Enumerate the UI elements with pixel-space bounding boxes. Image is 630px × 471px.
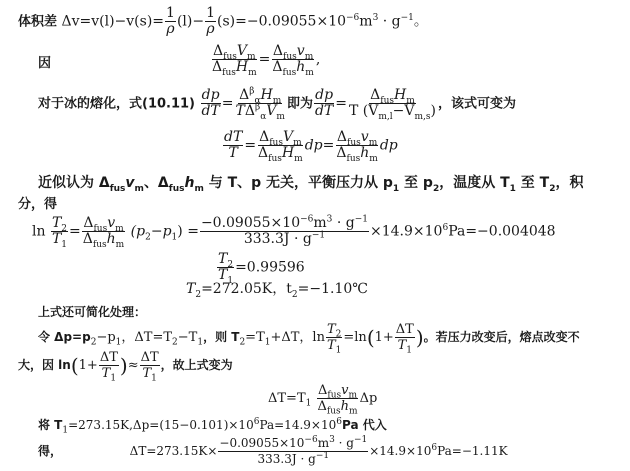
t: 大，因 ln bbox=[18, 358, 71, 372]
t: fus bbox=[222, 68, 236, 78]
t: 近似认为 Δ bbox=[38, 175, 110, 191]
t: −V bbox=[393, 103, 415, 119]
t: Pa=14.9×10 bbox=[259, 418, 336, 432]
expr: Δv=v(l)−v(s)= bbox=[61, 14, 164, 30]
t: ，积 bbox=[556, 175, 584, 191]
fraction: ΔβαHm TΔβαVm bbox=[235, 88, 286, 119]
t: ΔT=T bbox=[268, 391, 306, 406]
t: 令 Δp=p bbox=[38, 330, 91, 344]
t: m bbox=[305, 68, 314, 78]
t: dp bbox=[305, 138, 323, 154]
t: T (V bbox=[349, 103, 378, 119]
t: V bbox=[237, 43, 247, 59]
fraction: dpdT bbox=[314, 88, 334, 119]
label-because: 因 bbox=[38, 55, 51, 73]
t: Δ bbox=[273, 43, 283, 59]
t: T bbox=[186, 281, 195, 297]
t: =ln bbox=[343, 330, 366, 345]
t: ，则 T bbox=[203, 330, 239, 344]
den: TΔβαVm bbox=[235, 104, 286, 119]
num: 1 bbox=[165, 6, 176, 22]
t: =T bbox=[245, 330, 265, 345]
fraction: 1ρ bbox=[165, 6, 176, 37]
transformed-equation: dTT=ΔfusVmΔfusHmdp=ΔfusvmΔfushmdp bbox=[222, 130, 398, 161]
fraction: T2T1 bbox=[217, 252, 234, 283]
t: −1 bbox=[312, 230, 325, 240]
unit: · g bbox=[378, 14, 400, 30]
fraction: ΔfusVm ΔfusHm bbox=[211, 44, 258, 75]
t: ×14.9×10 bbox=[370, 224, 442, 240]
t: =272.05K，t bbox=[201, 281, 292, 297]
t: v bbox=[297, 43, 305, 59]
t: m bbox=[313, 215, 326, 231]
t: −0.09055×10 bbox=[201, 215, 300, 231]
t: ，ΔT=T bbox=[121, 330, 172, 345]
integrated-equation: ln T2T1=ΔfusvmΔfushm (p2−p1) = −0.09055×… bbox=[32, 216, 556, 247]
t: +ΔT，ln bbox=[270, 330, 324, 345]
ratio-equation: ΔfusVm ΔfusHm = Δfusvm Δfushm , bbox=[210, 44, 320, 75]
t: −p bbox=[96, 330, 115, 345]
t: −6 bbox=[304, 435, 317, 445]
t: −1 bbox=[354, 435, 367, 445]
simplify-heading: 上式还可简化处理： bbox=[38, 303, 146, 321]
temperature-result: T2=272.05K，t2=−1.10℃ bbox=[186, 280, 368, 298]
fraction: −0.09055×10−6m3 · g−1 333.3J · g−1 bbox=[218, 436, 368, 467]
fraction: −0.09055×10−6m3 · g−1 333.3J · g−1 bbox=[200, 216, 369, 247]
t: m bbox=[318, 436, 329, 450]
punct: 。 bbox=[414, 14, 428, 30]
t: =273.15K,Δp=(15−0.101)×10 bbox=[68, 418, 254, 432]
t: 333.3J · g bbox=[258, 452, 316, 466]
t: Pa=−0.004048 bbox=[448, 224, 555, 240]
t: Pa 代入 bbox=[342, 418, 387, 432]
t: m,s bbox=[415, 112, 431, 122]
t: Δ bbox=[213, 43, 223, 59]
den: T bbox=[227, 146, 238, 161]
fraction: ΔfusVmΔfusHm bbox=[257, 130, 304, 161]
t: 与 T、p 无关，平衡压力从 p bbox=[204, 175, 393, 191]
exponent: −1 bbox=[401, 13, 414, 23]
t: 、Δ bbox=[144, 175, 169, 191]
unit: m bbox=[359, 14, 372, 30]
num: dT bbox=[223, 130, 243, 146]
t: ) bbox=[431, 103, 436, 119]
fraction: T2T1 bbox=[326, 322, 342, 353]
fraction: ΔTT1 bbox=[140, 350, 160, 381]
t: Δp bbox=[360, 391, 378, 406]
t: Δ bbox=[272, 59, 282, 75]
fraction: ΔfusvmΔfushm bbox=[335, 130, 378, 161]
ratio-result: T2T1=0.99596 bbox=[216, 252, 305, 283]
clapeyron-line: 对于冰的熔化，式(10.11) dpdT= ΔβαHm TΔβαVm 即为dpd… bbox=[38, 88, 516, 119]
t: 将 T bbox=[38, 418, 62, 432]
t: −1 bbox=[316, 451, 329, 461]
den: ΔfusHm bbox=[211, 60, 258, 75]
t: 得， bbox=[38, 444, 62, 458]
approximation-line: 近似认为 Δfusvm、Δfushm 与 T、p 无关，平衡压力从 p1 至 p… bbox=[38, 174, 584, 192]
num: ΔfusVm bbox=[212, 44, 257, 60]
t: fus bbox=[283, 68, 297, 78]
label: 对于冰的熔化，式(10.11) bbox=[38, 97, 195, 112]
num: ΔT bbox=[395, 322, 415, 338]
t: ΔT=273.15K× bbox=[130, 444, 218, 458]
integrate-label: 分，得 bbox=[18, 196, 57, 214]
t: m bbox=[248, 68, 257, 78]
t: · g bbox=[332, 215, 354, 231]
fraction: ΔTT1 bbox=[395, 322, 415, 353]
t: m,l bbox=[378, 112, 392, 122]
fraction: dTT bbox=[223, 130, 243, 161]
fraction: ΔTT1 bbox=[99, 350, 119, 381]
t: =−1.10℃ bbox=[298, 281, 368, 297]
num: ΔfusHm bbox=[369, 88, 416, 104]
expr: (l)− bbox=[177, 14, 204, 30]
t: ) bbox=[177, 224, 182, 240]
t: H bbox=[236, 59, 248, 75]
den: dT bbox=[200, 104, 220, 119]
num: 1 bbox=[205, 6, 216, 22]
t: ≈ bbox=[128, 358, 139, 373]
t: ，故上式变为 bbox=[161, 358, 233, 372]
t: ln bbox=[32, 224, 46, 240]
label: 即为 bbox=[287, 97, 313, 112]
label: ，该式可变为 bbox=[438, 97, 516, 112]
t: , bbox=[316, 52, 320, 68]
num: dp bbox=[201, 88, 221, 104]
t: 至 T bbox=[516, 175, 549, 191]
den: dT bbox=[314, 104, 334, 119]
delta-t-formula: ΔT=T1 ΔfusvmΔfushmΔp bbox=[268, 383, 377, 414]
t: 。若压力改变后，熔点改变不 bbox=[424, 330, 580, 344]
t: · g bbox=[335, 436, 354, 450]
t: 1+ bbox=[375, 330, 394, 345]
approximation-step: 大，因 ln(1+ΔTT1)≈ΔTT1，故上式变为 bbox=[18, 350, 233, 381]
t: −p bbox=[151, 224, 172, 240]
expr: (s)=−0.09055×10 bbox=[217, 14, 346, 30]
den: Δfushm bbox=[271, 60, 314, 75]
t: −6 bbox=[300, 214, 313, 224]
fraction: Δfusvm Δfushm bbox=[271, 44, 314, 75]
fraction: dpdT bbox=[200, 88, 220, 119]
fraction: 1ρ bbox=[205, 6, 216, 37]
final-result-line: 得， ΔT=273.15K× −0.09055×10−6m3 · g−1 333… bbox=[38, 436, 508, 467]
t: Δ bbox=[212, 59, 222, 75]
num: ΔβαHm bbox=[238, 88, 282, 104]
t: −0.09055×10 bbox=[219, 436, 304, 450]
num: Δfusvm bbox=[272, 44, 314, 60]
t: −T bbox=[178, 330, 198, 345]
fraction: T2T1 bbox=[51, 216, 68, 247]
t: (p bbox=[131, 224, 145, 240]
substitution-line: 将 T1=273.15K,Δp=(15−0.101)×106Pa=14.9×10… bbox=[38, 416, 387, 434]
t: 333.3J · g bbox=[244, 231, 312, 247]
t: ，温度从 T bbox=[439, 175, 509, 191]
den: ρ bbox=[165, 22, 175, 37]
simplify-definitions: 令 Δp=p2−p1，ΔT=T2−T1，则 T2=T1+ΔT，lnT2T1=ln… bbox=[38, 322, 580, 353]
exponent: −6 bbox=[346, 13, 359, 23]
t: ×14.9×10 bbox=[369, 444, 431, 458]
t: −1 bbox=[355, 214, 368, 224]
t: =0.99596 bbox=[235, 260, 305, 276]
den: T (Vm,l−Vm,s) bbox=[348, 104, 437, 119]
fraction: ΔfusHm T (Vm,l−Vm,s) bbox=[348, 88, 437, 119]
t: h bbox=[296, 59, 305, 75]
fraction: ΔfusvmΔfushm bbox=[82, 216, 125, 247]
t: dp bbox=[380, 138, 398, 154]
fraction: ΔfusvmΔfushm bbox=[317, 383, 359, 414]
volume-difference-line: 体积差 Δv=v(l)−v(s)=1ρ(l)−1ρ(s)=−0.09055×10… bbox=[18, 6, 428, 37]
num: dp bbox=[314, 88, 334, 104]
t: Pa=−1.11K bbox=[437, 444, 507, 458]
t: T bbox=[236, 103, 245, 119]
den: ρ bbox=[205, 22, 215, 37]
t: = bbox=[259, 52, 271, 68]
label-volume-difference: 体积差 bbox=[18, 15, 57, 30]
t: 至 p bbox=[399, 175, 433, 191]
